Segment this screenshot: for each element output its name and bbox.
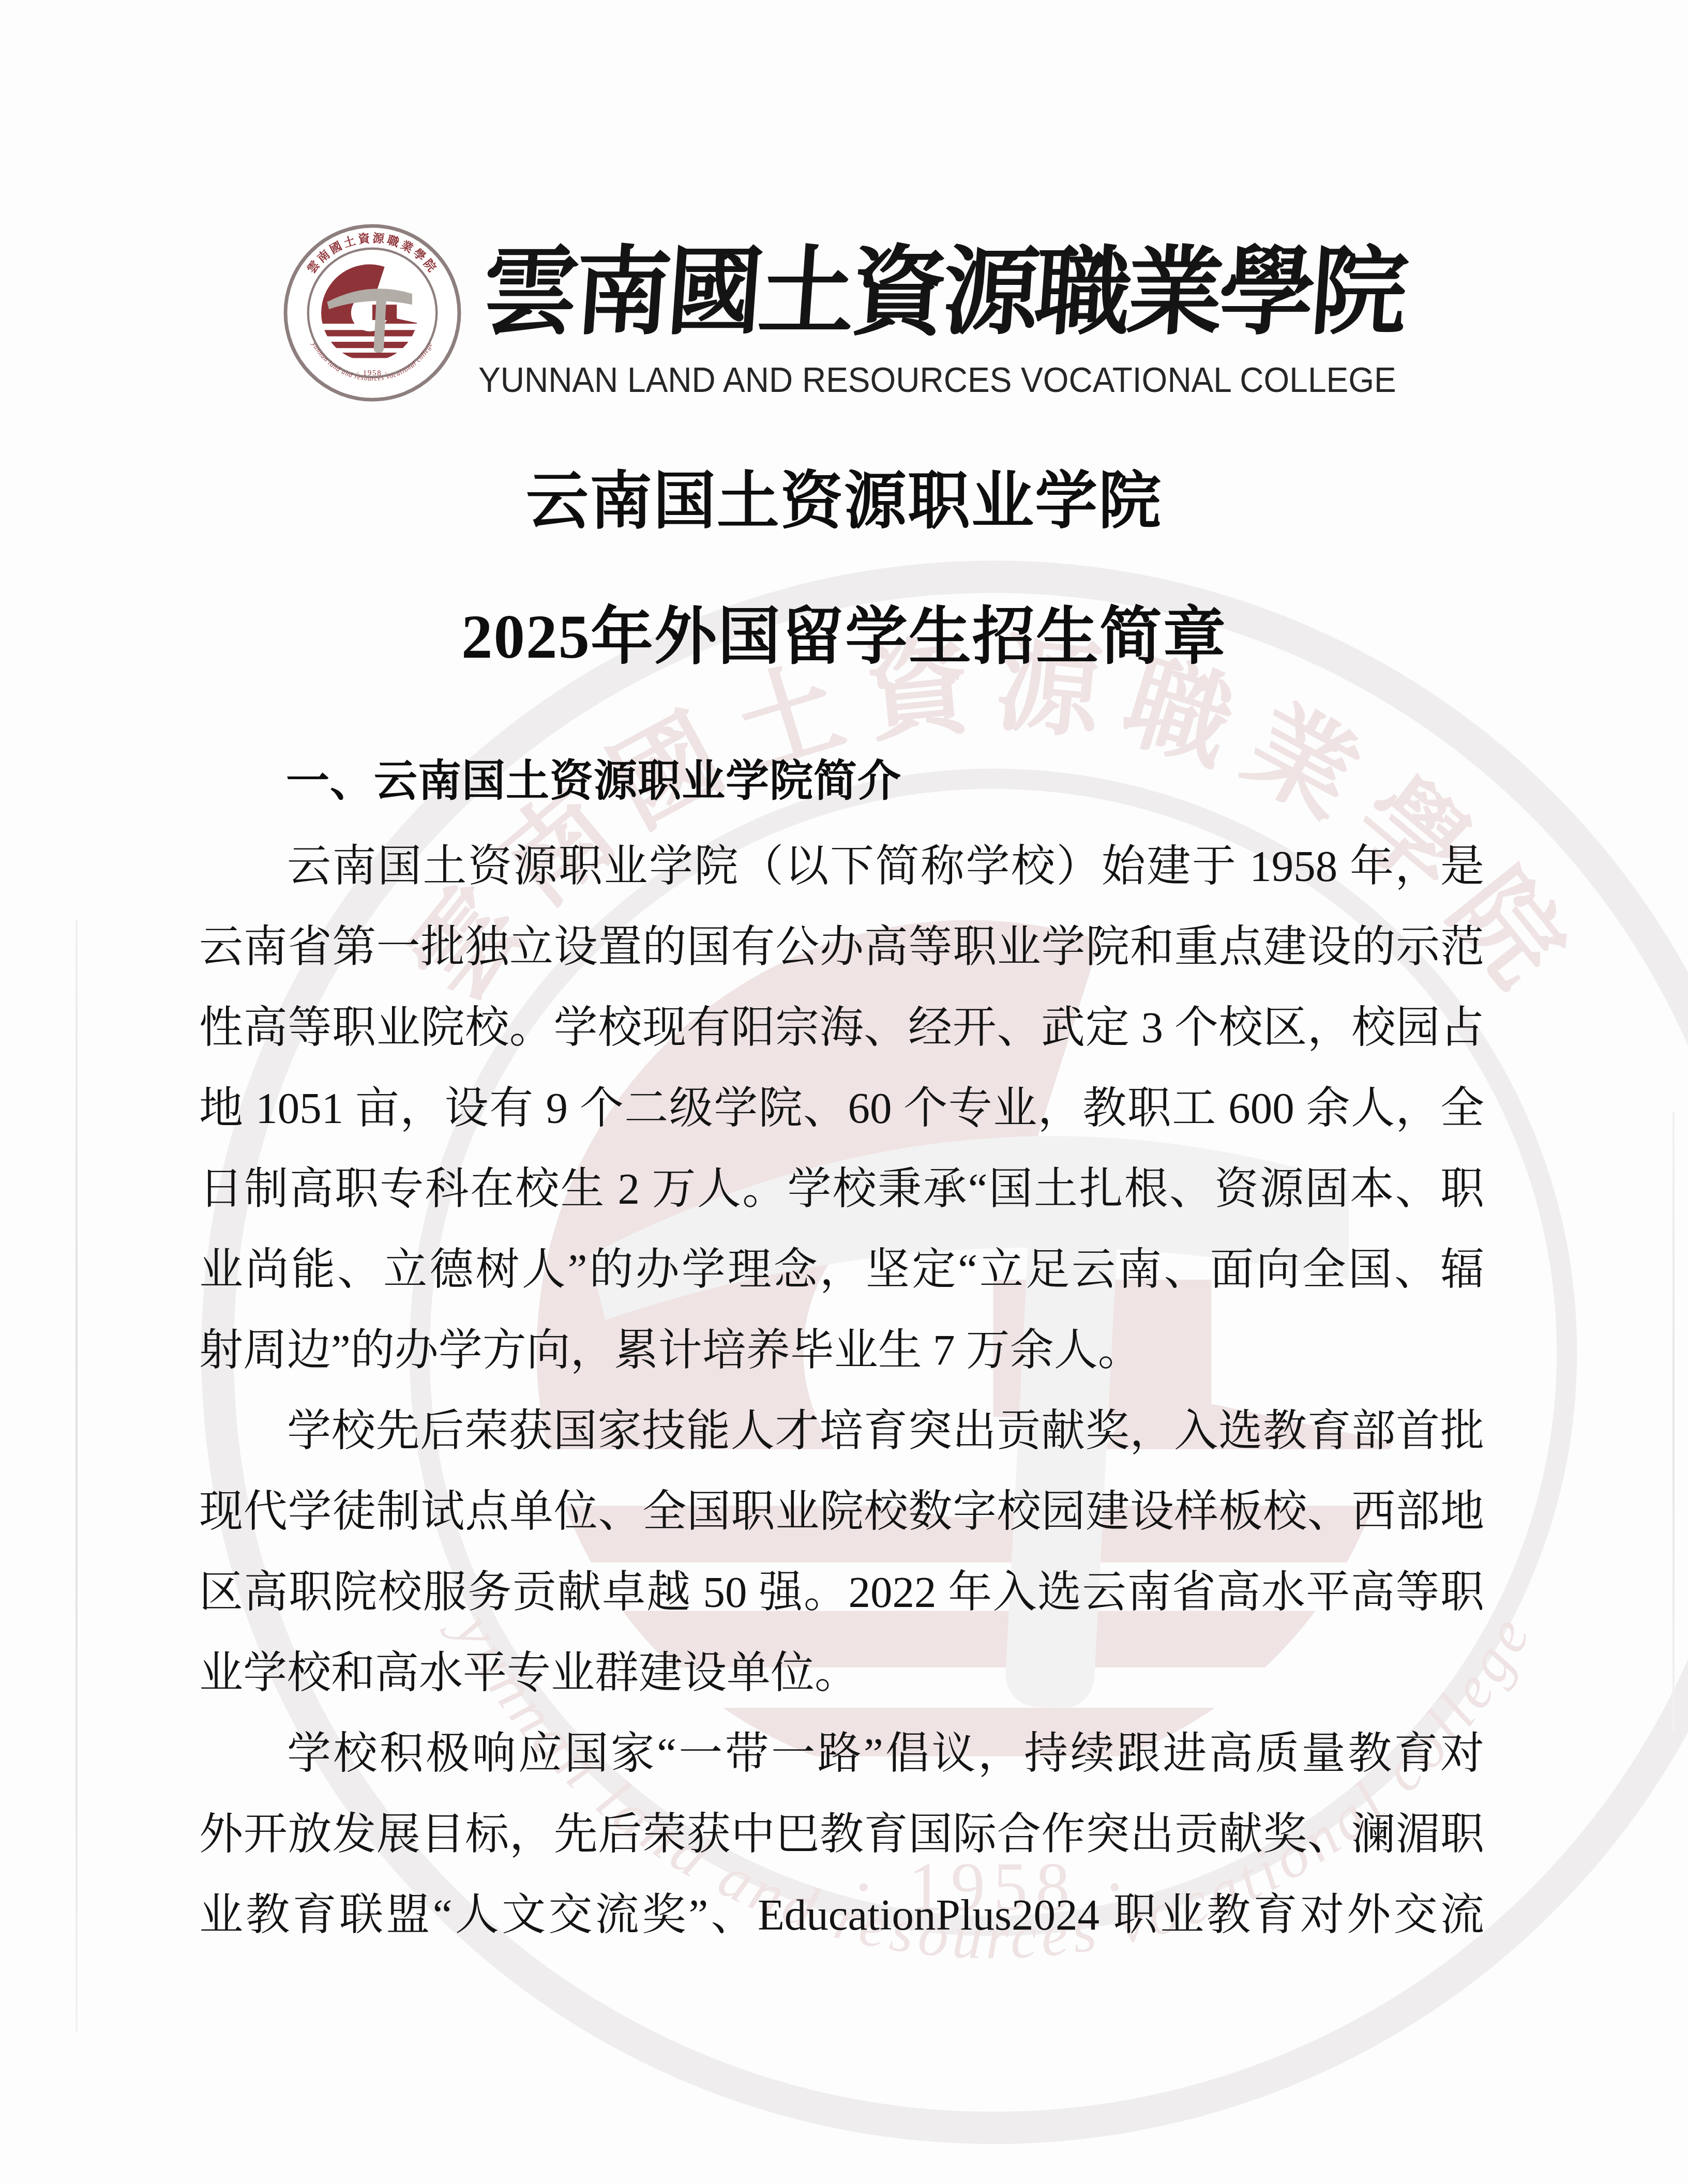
scan-artifact-line <box>1672 1112 1675 1732</box>
college-name-calligraphy: 雲南國土資源職業學院 <box>478 232 1418 355</box>
section-heading: 一、云南国土资源职业学院简介 <box>199 756 1484 806</box>
body-line: 区高职院校服务贡献卓越 50 强。2022 年入选云南省高水平高等职 <box>199 1552 1484 1633</box>
body-line: 地 1051 亩，设有 9 个二级学院、60 个专业，教职工 600 余人，全 <box>199 1068 1484 1149</box>
college-seal: 雲南國土資源職業學院 yunnan land and resources voc… <box>282 222 463 403</box>
college-seal-icon: 雲南國土資源職業學院 yunnan land and resources voc… <box>282 222 463 403</box>
document-subtitle: 2025年外国留学生招生简章 <box>0 603 1688 671</box>
scan-artifact-line <box>76 920 78 2032</box>
body-text: 云南国土资源职业学院（以下简称学校）始建于 1958 年，是云南省第一批独立设置… <box>199 826 1484 1955</box>
body-line: 业学校和高水平专业群建设单位。 <box>199 1633 1484 1713</box>
body-line: 现代学徒制试点单位、全国职业院校数字校园建设样板校、西部地 <box>199 1472 1484 1552</box>
logo-text-block: 雲南國土資源職業學院 YUNNAN LAND AND RESOURCES VOC… <box>478 232 1409 397</box>
body-line: 外开放发展目标，先后荣获中巴教育国际合作突出贡献奖、澜湄职 <box>199 1794 1484 1875</box>
body-line: 射周边”的办学方向，累计培养毕业生 7 万余人。 <box>199 1310 1484 1391</box>
body-line: 性高等职业院校。学校现有阳宗海、经开、武定 3 个校区，校园占 <box>199 988 1484 1068</box>
body-line: 云南省第一批独立设置的国有公办高等职业学院和重点建设的示范 <box>199 907 1484 988</box>
body-line: 业尚能、立德树人”的办学理念，坚定“立足云南、面向全国、辐 <box>199 1230 1484 1310</box>
body-line: 学校积极响应国家“一带一路”倡议，持续跟进高质量教育对 <box>199 1713 1484 1794</box>
college-name-english: YUNNAN LAND AND RESOURCES VOCATIONAL COL… <box>478 359 1409 400</box>
body-line: 业教育联盟“人文交流奖”、EducationPlus2024 职业教育对外交流 <box>199 1875 1484 1955</box>
body-line: 学校先后荣获国家技能人才培育突出贡献奖，入选教育部首批 <box>199 1391 1484 1472</box>
body-line: 日制高职专科在校生 2 万人。学校秉承“国土扎根、资源固本、职 <box>199 1149 1484 1230</box>
body-line: 云南国土资源职业学院（以下简称学校）始建于 1958 年，是 <box>199 826 1484 907</box>
document-title: 云南国土资源职业学院 <box>0 468 1688 535</box>
seal-year-text: · 1958 · <box>356 369 388 377</box>
